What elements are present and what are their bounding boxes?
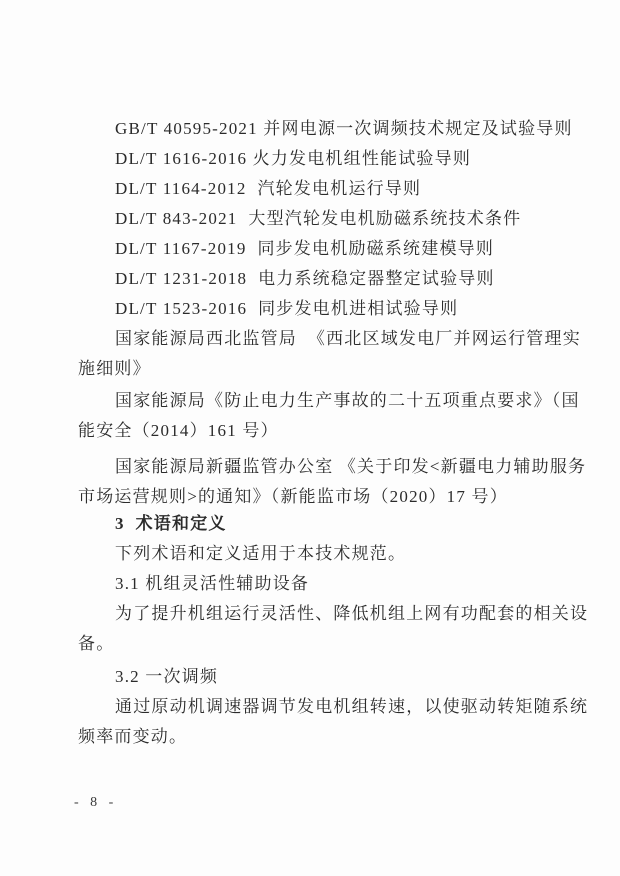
- definition-3-1-text: 备。: [78, 629, 578, 659]
- definition-3-2-text: 频率而变动。: [78, 722, 578, 752]
- reference-document-line: 国家能源局《防止电力生产事故的二十五项重点要求》（国: [78, 386, 578, 416]
- document-page: GB/T 40595-2021 并网电源一次调频技术规定及试验导则 DL/T 1…: [0, 0, 620, 876]
- subsection-heading-3-2: 3.2 一次调频: [78, 662, 578, 692]
- subsection-heading-3-1: 3.1 机组灵活性辅助设备: [78, 569, 578, 599]
- reference-standard-line: GB/T 40595-2021 并网电源一次调频技术规定及试验导则: [78, 114, 578, 144]
- reference-standard-line: DL/T 843-2021 大型汽轮发电机励磁系统技术条件: [78, 204, 578, 234]
- reference-standard-line: DL/T 1231-2018 电力系统稳定器整定试验导则: [78, 264, 578, 294]
- definition-3-1-text: 为了提升机组运行灵活性、降低机组上网有功配套的相关设: [78, 599, 578, 629]
- reference-standard-line: DL/T 1616-2016 火力发电机组性能试验导则: [78, 144, 578, 174]
- reference-document-line: 施细则》: [78, 354, 578, 384]
- section-heading-terms: 3 术语和定义: [78, 509, 578, 539]
- page-number: - 8 -: [74, 793, 117, 813]
- reference-document-line: 国家能源局新疆监管办公室 《关于印发<新疆电力辅助服务: [78, 452, 578, 482]
- document-body: GB/T 40595-2021 并网电源一次调频技术规定及试验导则 DL/T 1…: [78, 114, 578, 752]
- definition-3-2-text: 通过原动机调速器调节发电机组转速，以使驱动转矩随系统: [78, 692, 578, 722]
- reference-standard-line: DL/T 1167-2019 同步发电机励磁系统建模导则: [78, 234, 578, 264]
- reference-document-line: 能安全（2014）161 号）: [78, 416, 578, 446]
- reference-document-line: 国家能源局西北监管局 《西北区域发电厂并网运行管理实: [78, 324, 578, 354]
- reference-standard-line: DL/T 1523-2016 同步发电机进相试验导则: [78, 294, 578, 324]
- reference-standard-line: DL/T 1164-2012 汽轮发电机运行导则: [78, 174, 578, 204]
- section-intro-text: 下列术语和定义适用于本技术规范。: [78, 539, 578, 569]
- reference-document-line: 市场运营规则>的通知》（新能监市场（2020）17 号）: [78, 482, 578, 512]
